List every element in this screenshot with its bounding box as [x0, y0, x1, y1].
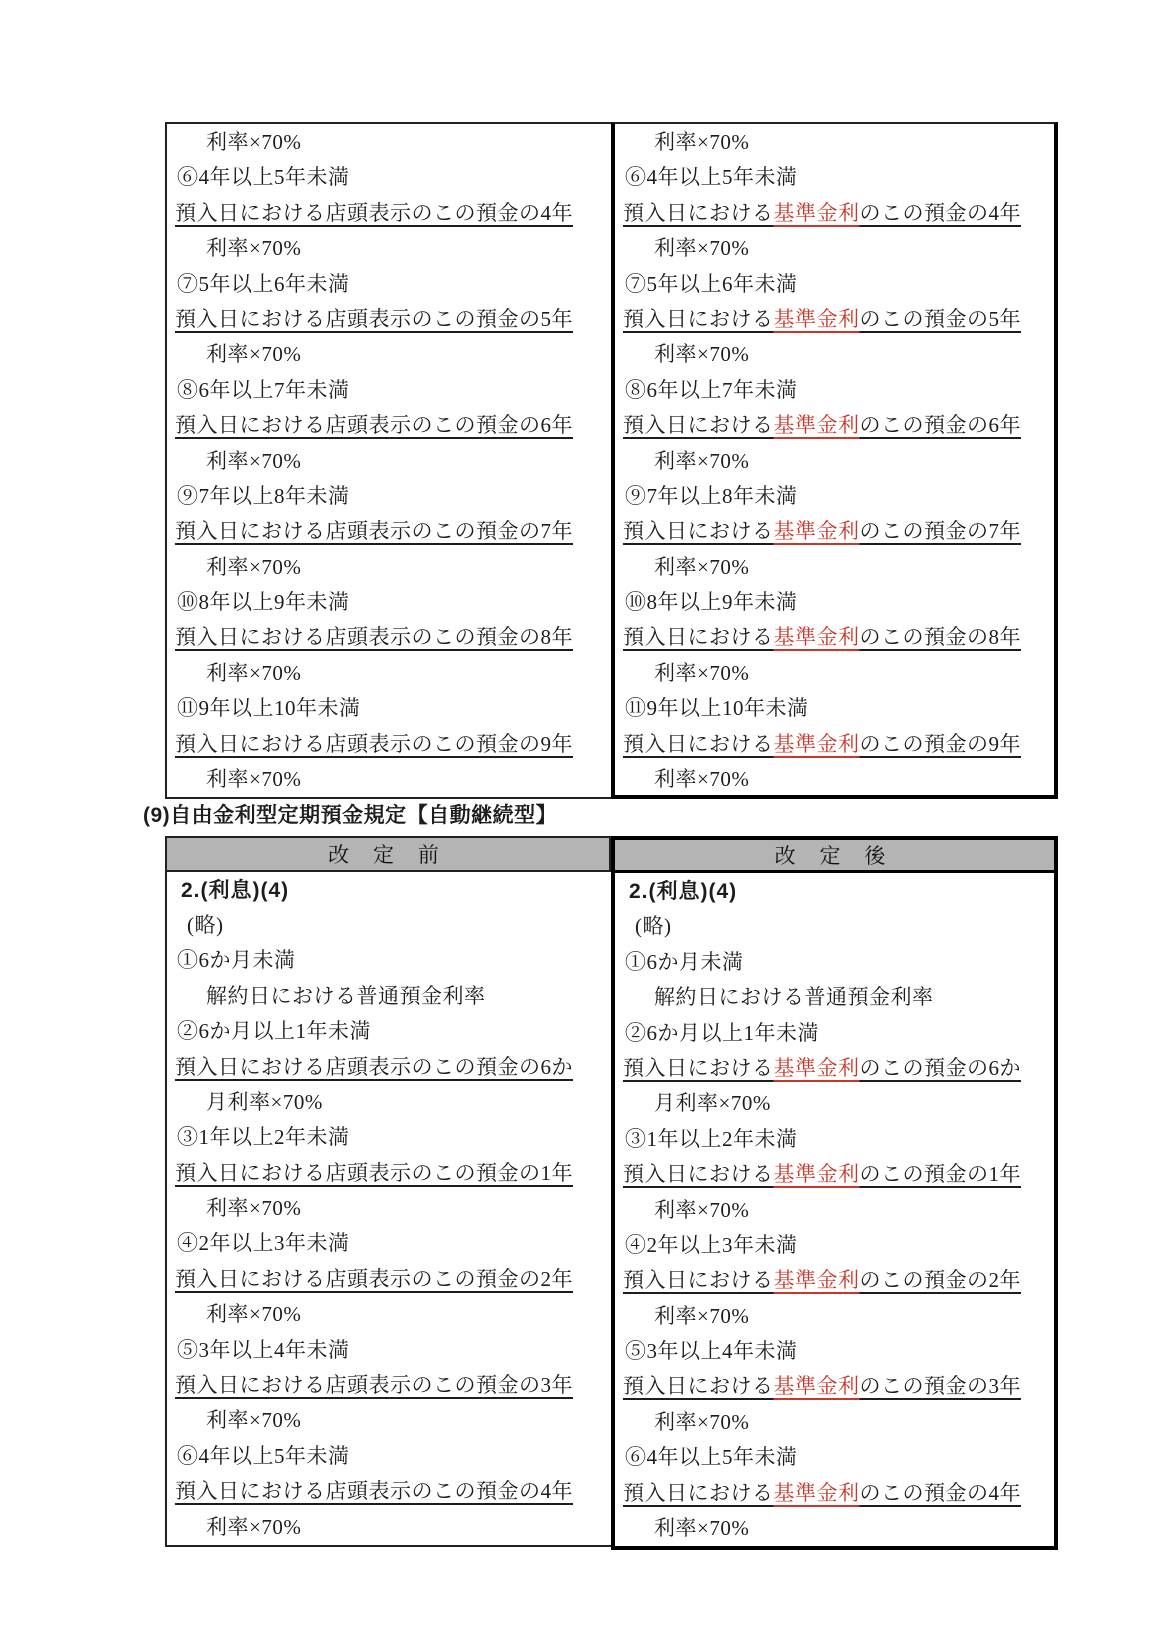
term-line-suffix: のこの預金の2年 — [412, 1267, 574, 1291]
term-line-suffix: のこの預金の1年 — [860, 1162, 1022, 1186]
term-line-suffix: のこの預金の6年 — [860, 413, 1022, 437]
term-line: 預入日における店頭表示のこの預金の5年 — [175, 302, 603, 337]
term-line-prefix: 預入日における — [623, 1268, 774, 1292]
text-line: 利率×70% — [623, 231, 1046, 266]
text-line: ②6か月以上1年未満 — [175, 1014, 603, 1049]
term-line: 預入日における基準金利のこの預金の5年 — [623, 302, 1046, 337]
text-line: 利率×70% — [175, 1403, 603, 1438]
term-line: 預入日における基準金利のこの預金の6か — [623, 1051, 1046, 1086]
term-line-prefix: 預入日における — [623, 1056, 774, 1080]
term-line-suffix: のこの預金の4年 — [412, 1479, 574, 1503]
before-revision-cell: 利率×70%⑥4年以上5年未満預入日における店頭表示のこの預金の4年利率×70%… — [165, 122, 611, 799]
term-line-prefix: 預入日における — [175, 1479, 326, 1503]
text-line: ⑨7年以上8年未満 — [175, 479, 603, 514]
original-term: 店頭表示 — [326, 732, 412, 756]
text-line: ⑥4年以上5年未満 — [623, 1440, 1046, 1475]
term-line-prefix: 預入日における — [175, 1373, 326, 1397]
revised-term: 基準金利 — [774, 732, 860, 756]
original-term: 店頭表示 — [326, 413, 412, 437]
text-line: ④2年以上3年未満 — [623, 1228, 1046, 1263]
document-page: 利率×70%⑥4年以上5年未満預入日における店頭表示のこの預金の4年利率×70%… — [0, 0, 1170, 1652]
term-line: 預入日における基準金利のこの預金の6年 — [623, 408, 1046, 443]
term-line: 預入日における店頭表示のこの預金の8年 — [175, 620, 603, 655]
term-line-suffix: のこの預金の9年 — [860, 732, 1022, 756]
after-column: 改 定 後 2.(利息)(4)(略)①6か月未満解約日における普通預金利率②6か… — [611, 836, 1058, 1547]
term-line-prefix: 預入日における — [175, 307, 326, 331]
term-line: 預入日における基準金利のこの預金の2年 — [623, 1263, 1046, 1298]
term-line-prefix: 預入日における — [623, 201, 774, 225]
text-line: 利率×70% — [623, 1405, 1046, 1440]
term-line-suffix: のこの預金の8年 — [860, 625, 1022, 649]
term-line-prefix: 預入日における — [175, 1055, 326, 1079]
term-line: 預入日における店頭表示のこの預金の7年 — [175, 514, 603, 549]
before-column: 改 定 前 2.(利息)(4)(略)①6か月未満解約日における普通預金利率②6か… — [165, 836, 611, 1547]
section-heading: (9)自由金利型定期預金規定【自動継続型】 — [143, 801, 557, 831]
text-line: 解約日における普通預金利率 — [175, 979, 603, 1014]
term-line-prefix: 預入日における — [175, 201, 326, 225]
text-line: 利率×70% — [623, 125, 1046, 160]
text-line: 利率×70% — [175, 231, 603, 266]
revised-term: 基準金利 — [774, 307, 860, 331]
term-line: 預入日における店頭表示のこの預金の1年 — [175, 1156, 603, 1191]
term-line: 預入日における店頭表示のこの預金の3年 — [175, 1368, 603, 1403]
term-line-suffix: のこの預金の6か — [860, 1056, 1022, 1080]
text-line: 利率×70% — [623, 762, 1046, 797]
term-line-suffix: のこの預金の5年 — [412, 307, 574, 331]
text-line: 利率×70% — [175, 762, 603, 797]
revision-comparison-table: 改 定 前 2.(利息)(4)(略)①6か月未満解約日における普通預金利率②6か… — [165, 836, 1058, 1547]
term-line-prefix: 預入日における — [175, 732, 326, 756]
term-line: 預入日における基準金利のこの預金の1年 — [623, 1157, 1046, 1192]
text-line: ⑨7年以上8年未満 — [623, 479, 1046, 514]
original-term: 店頭表示 — [326, 625, 412, 649]
text-line: 利率×70% — [623, 1299, 1046, 1334]
revised-term: 基準金利 — [774, 1268, 860, 1292]
term-line-prefix: 預入日における — [623, 413, 774, 437]
term-line: 預入日における店頭表示のこの預金の2年 — [175, 1262, 603, 1297]
text-line: 2.(利息)(4) — [175, 873, 603, 908]
text-line: 2.(利息)(4) — [623, 874, 1046, 909]
term-line-suffix: のこの預金の2年 — [860, 1268, 1022, 1292]
text-line: ⑥4年以上5年未満 — [175, 1439, 603, 1474]
before-revision-cell: 2.(利息)(4)(略)①6か月未満解約日における普通預金利率②6か月以上1年未… — [165, 872, 611, 1547]
term-line-prefix: 預入日における — [623, 625, 774, 649]
text-line: 月利率×70% — [175, 1085, 603, 1120]
revised-term: 基準金利 — [774, 413, 860, 437]
text-line: 月利率×70% — [623, 1086, 1046, 1121]
term-line-suffix: のこの預金の4年 — [860, 1481, 1022, 1505]
term-line: 預入日における店頭表示のこの預金の4年 — [175, 196, 603, 231]
text-line: 利率×70% — [623, 1193, 1046, 1228]
text-line: ③1年以上2年未満 — [623, 1122, 1046, 1157]
term-line-suffix: のこの預金の3年 — [860, 1374, 1022, 1398]
revised-term: 基準金利 — [774, 1162, 860, 1186]
original-term: 店頭表示 — [326, 519, 412, 543]
after-revision-cell: 2.(利息)(4)(略)①6か月未満解約日における普通預金利率②6か月以上1年未… — [611, 873, 1058, 1550]
text-line: 利率×70% — [623, 444, 1046, 479]
term-line-suffix: のこの預金の7年 — [412, 519, 574, 543]
text-line: ①6か月未満 — [623, 945, 1046, 980]
text-line: ⑪9年以上10年未満 — [175, 691, 603, 726]
term-line-prefix: 預入日における — [623, 519, 774, 543]
text-line: ⑪9年以上10年未満 — [623, 691, 1046, 726]
text-line: ⑩8年以上9年未満 — [623, 585, 1046, 620]
original-term: 店頭表示 — [326, 1161, 412, 1185]
text-line: ③1年以上2年未満 — [175, 1120, 603, 1155]
term-line-suffix: のこの預金の6年 — [412, 413, 574, 437]
text-line: ④2年以上3年未満 — [175, 1226, 603, 1261]
text-line: ⑧6年以上7年未満 — [175, 373, 603, 408]
term-line-suffix: のこの預金の3年 — [412, 1373, 574, 1397]
term-line-prefix: 預入日における — [175, 1161, 326, 1185]
continuation-comparison-table: 利率×70%⑥4年以上5年未満預入日における店頭表示のこの預金の4年利率×70%… — [165, 122, 1058, 799]
text-line: (略) — [175, 908, 603, 943]
text-line: 利率×70% — [175, 444, 603, 479]
original-term: 店頭表示 — [326, 1373, 412, 1397]
term-line-suffix: のこの預金の9年 — [412, 732, 574, 756]
revised-term: 基準金利 — [774, 1481, 860, 1505]
term-line: 預入日における基準金利のこの預金の4年 — [623, 1476, 1046, 1511]
term-line: 預入日における基準金利のこの預金の8年 — [623, 620, 1046, 655]
revised-term: 基準金利 — [774, 519, 860, 543]
text-line: 利率×70% — [623, 656, 1046, 691]
term-line-suffix: のこの預金の8年 — [412, 625, 574, 649]
original-term: 店頭表示 — [326, 307, 412, 331]
text-line: 利率×70% — [623, 550, 1046, 585]
original-term: 店頭表示 — [326, 201, 412, 225]
term-line-suffix: のこの預金の6か — [412, 1055, 574, 1079]
text-line: 利率×70% — [175, 1191, 603, 1226]
term-line-prefix: 預入日における — [175, 413, 326, 437]
text-line: ⑤3年以上4年未満 — [623, 1334, 1046, 1369]
term-line-prefix: 預入日における — [623, 1162, 774, 1186]
term-line: 預入日における店頭表示のこの預金の4年 — [175, 1474, 603, 1509]
text-line: ⑦5年以上6年未満 — [623, 267, 1046, 302]
text-line: ⑩8年以上9年未満 — [175, 585, 603, 620]
term-line-suffix: のこの預金の1年 — [412, 1161, 574, 1185]
text-line: ②6か月以上1年未満 — [623, 1016, 1046, 1051]
term-line: 預入日における店頭表示のこの預金の9年 — [175, 727, 603, 762]
original-term: 店頭表示 — [326, 1479, 412, 1503]
term-line-prefix: 預入日における — [175, 519, 326, 543]
term-line-suffix: のこの預金の4年 — [412, 201, 574, 225]
text-line: ①6か月未満 — [175, 943, 603, 978]
revised-term: 基準金利 — [774, 625, 860, 649]
term-line-prefix: 預入日における — [623, 732, 774, 756]
text-line: 解約日における普通預金利率 — [623, 980, 1046, 1015]
text-line: (略) — [623, 909, 1046, 944]
term-line: 預入日における基準金利のこの預金の9年 — [623, 727, 1046, 762]
text-line: 利率×70% — [623, 1511, 1046, 1546]
term-line: 預入日における店頭表示のこの預金の6か — [175, 1050, 603, 1085]
term-line-suffix: のこの預金の7年 — [860, 519, 1022, 543]
text-line: 利率×70% — [175, 1510, 603, 1545]
term-line: 預入日における店頭表示のこの預金の6年 — [175, 408, 603, 443]
term-line: 預入日における基準金利のこの預金の7年 — [623, 514, 1046, 549]
text-line: 利率×70% — [175, 337, 603, 372]
revised-term: 基準金利 — [774, 1374, 860, 1398]
term-line-prefix: 預入日における — [175, 1267, 326, 1291]
term-line-prefix: 預入日における — [175, 625, 326, 649]
text-line: ⑥4年以上5年未満 — [175, 160, 603, 195]
text-line: 利率×70% — [175, 550, 603, 585]
text-line: 利率×70% — [175, 1297, 603, 1332]
revised-term: 基準金利 — [774, 1056, 860, 1080]
term-line: 預入日における基準金利のこの預金の3年 — [623, 1369, 1046, 1404]
text-line: ⑧6年以上7年未満 — [623, 373, 1046, 408]
term-line-suffix: のこの預金の4年 — [860, 201, 1022, 225]
text-line: ⑦5年以上6年未満 — [175, 267, 603, 302]
header-cell-before: 改 定 前 — [165, 836, 611, 872]
term-line-prefix: 預入日における — [623, 1374, 774, 1398]
text-line: ⑥4年以上5年未満 — [623, 160, 1046, 195]
text-line: 利率×70% — [623, 337, 1046, 372]
term-line-prefix: 預入日における — [623, 307, 774, 331]
text-line: ⑤3年以上4年未満 — [175, 1333, 603, 1368]
revised-term: 基準金利 — [774, 201, 860, 225]
original-term: 店頭表示 — [326, 1267, 412, 1291]
text-line: 利率×70% — [175, 125, 603, 160]
term-line: 預入日における基準金利のこの預金の4年 — [623, 196, 1046, 231]
after-revision-cell: 利率×70%⑥4年以上5年未満預入日における基準金利のこの預金の4年利率×70%… — [611, 122, 1058, 799]
text-line: 利率×70% — [175, 656, 603, 691]
term-line-prefix: 預入日における — [623, 1481, 774, 1505]
original-term: 店頭表示 — [326, 1055, 412, 1079]
term-line-suffix: のこの預金の5年 — [860, 307, 1022, 331]
header-cell-after: 改 定 後 — [611, 836, 1058, 873]
